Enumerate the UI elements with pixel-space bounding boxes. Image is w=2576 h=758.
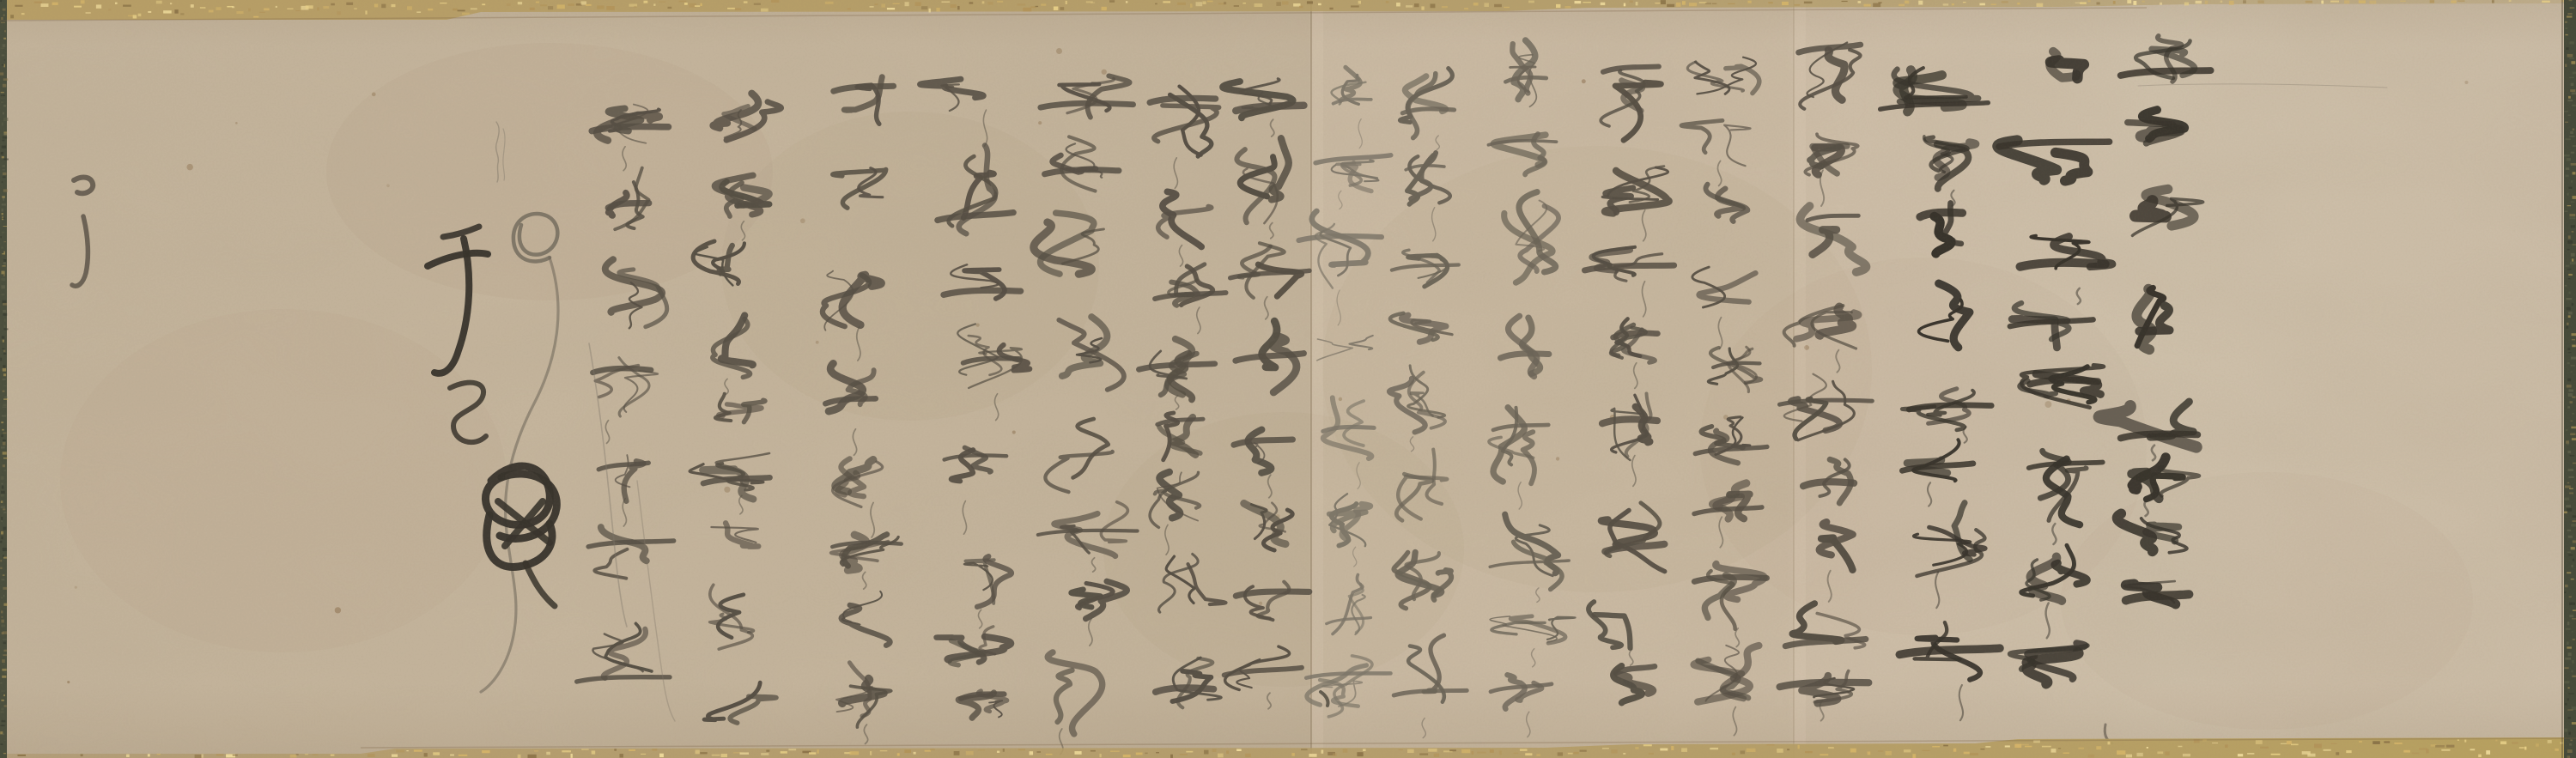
handscroll-artwork — [0, 0, 2576, 758]
scroll-canvas — [0, 0, 2576, 758]
paper-grain-texture — [0, 0, 2576, 758]
